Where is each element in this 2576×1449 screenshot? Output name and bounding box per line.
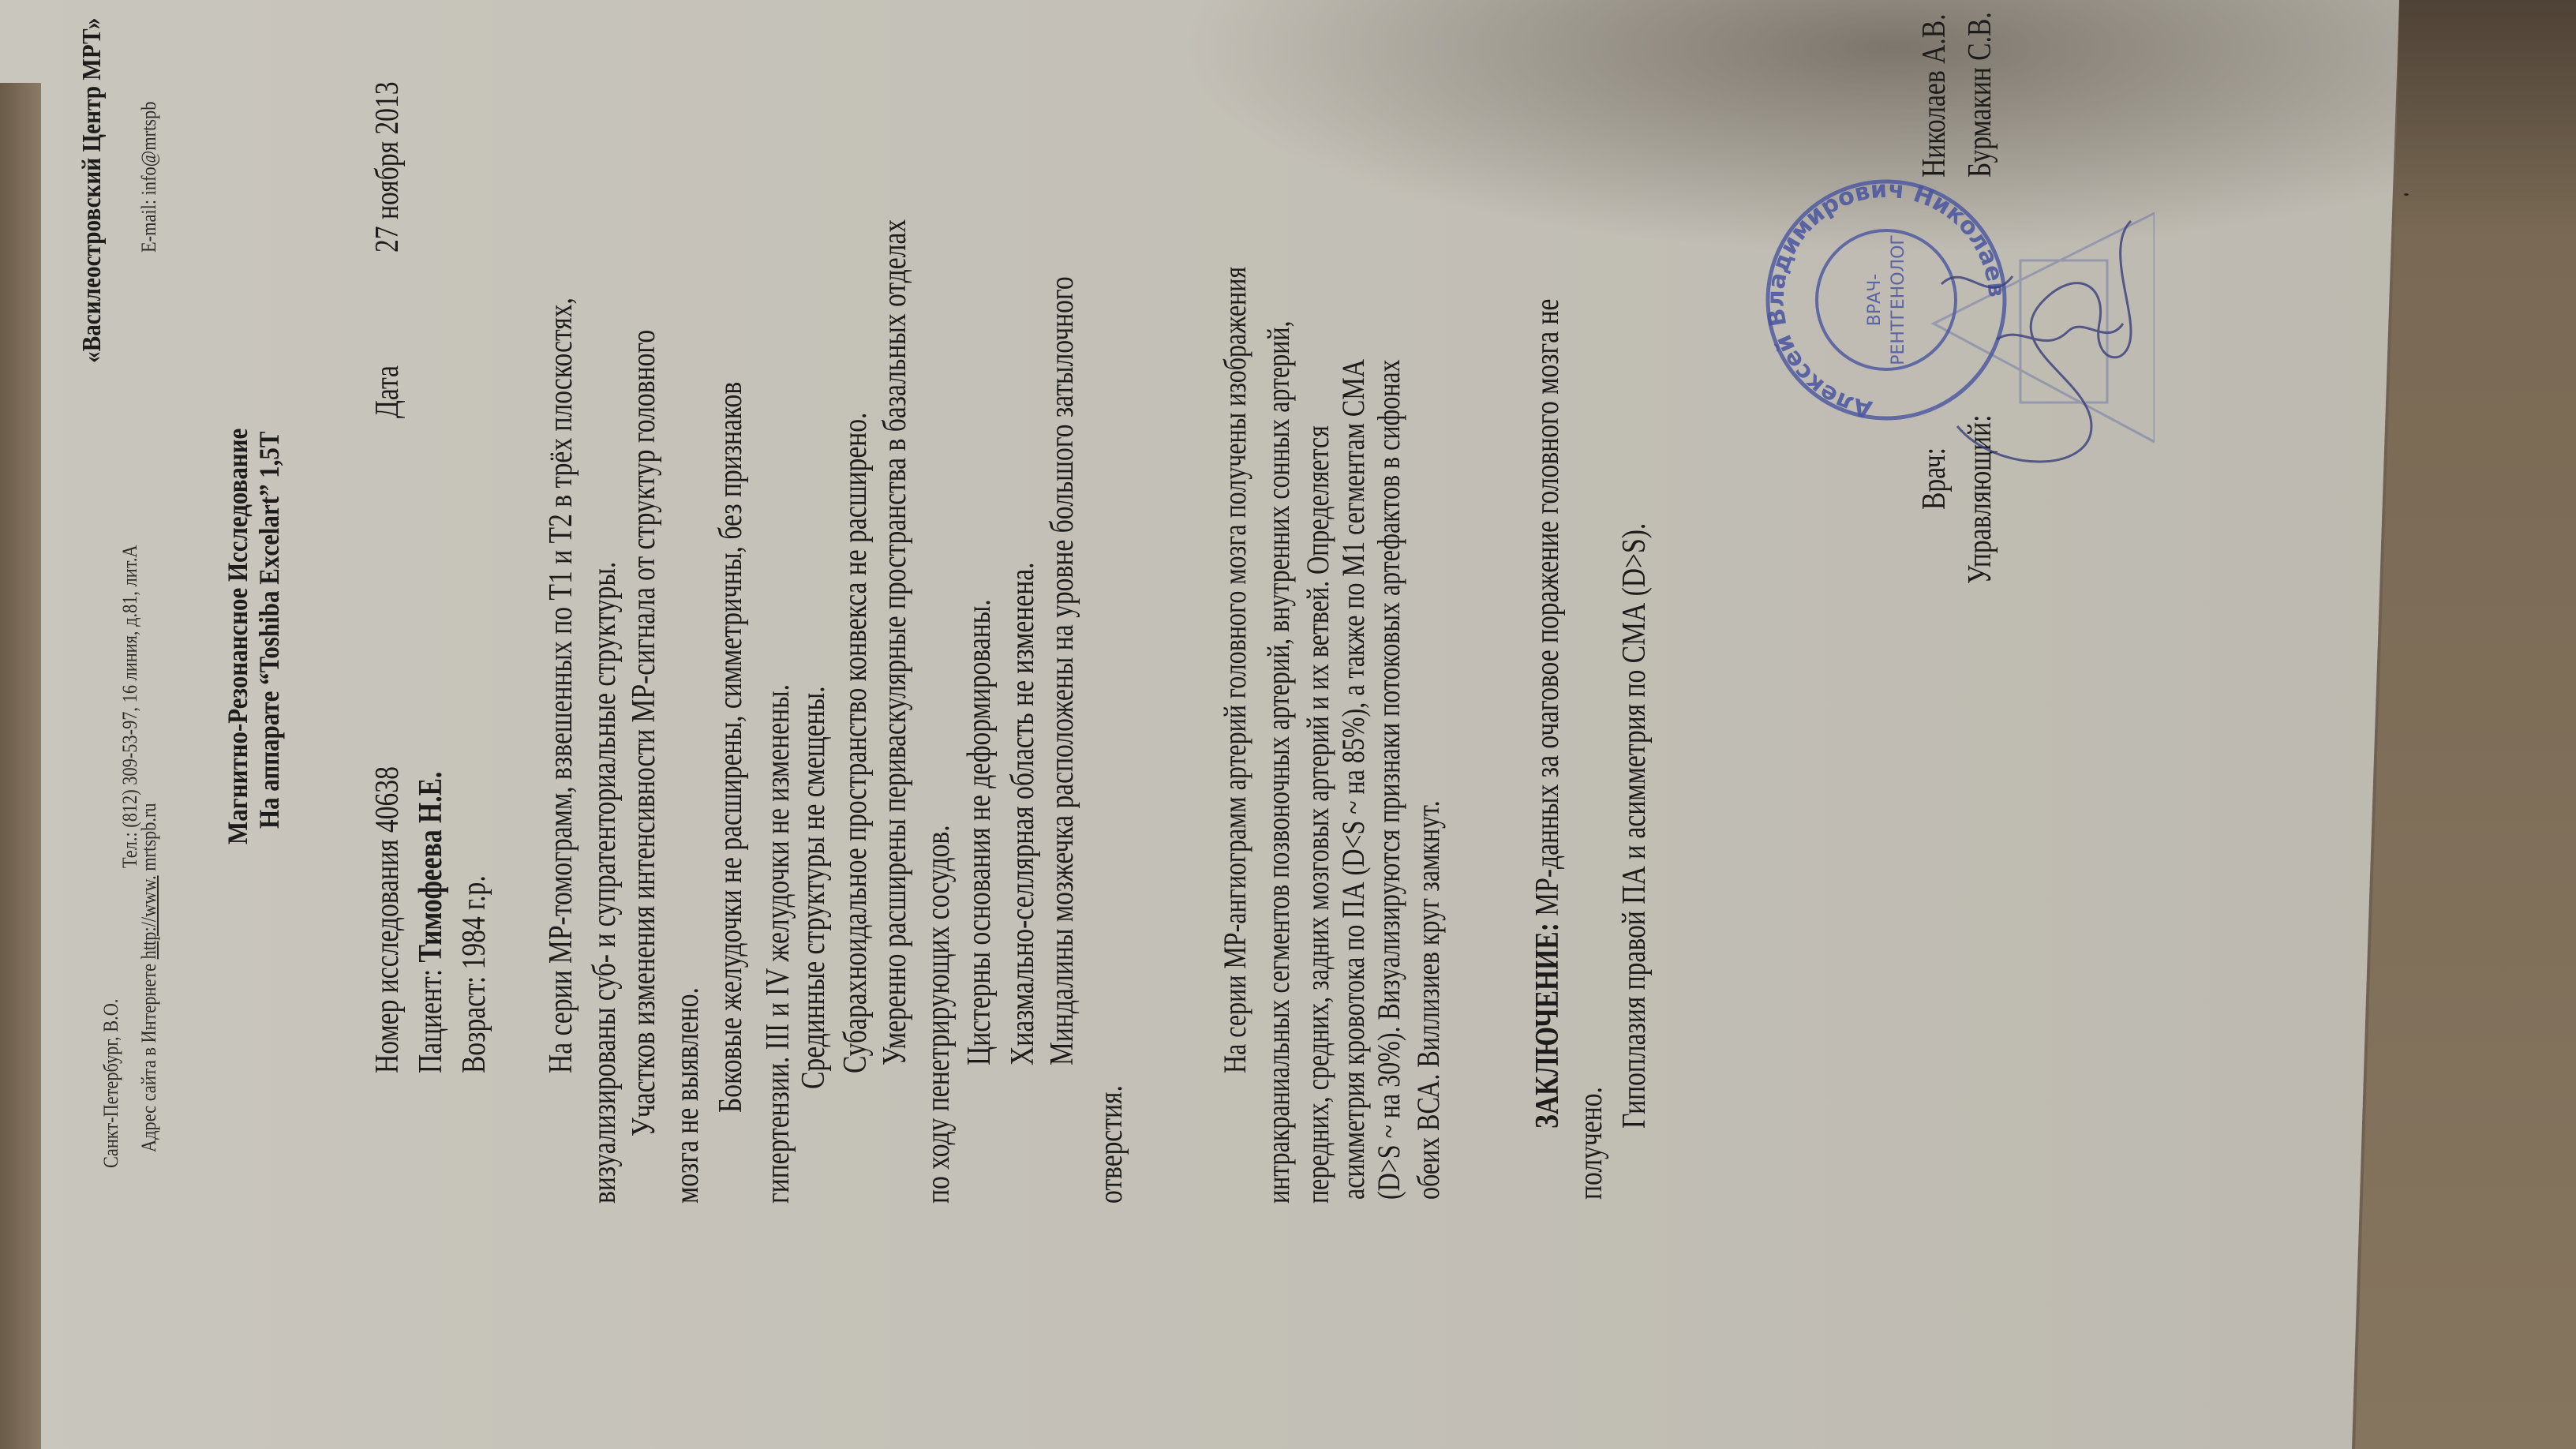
mra-line: обеих ВСА. Виллизиев круг замкнут. xyxy=(1413,800,1444,1200)
mr-line: Срединные структуры не смещены. xyxy=(797,686,830,1089)
header-site-label: Адрес сайта в Интернете xyxy=(137,964,160,1152)
header-site: Адрес сайта в Интернете http://www. mrts… xyxy=(139,803,159,1152)
header-site-domain: mrtspb.ru xyxy=(137,803,160,875)
conclusion-line-2: получено. xyxy=(1574,1087,1608,1200)
mra-line: (D>S ~ на 30%). Визуализируются признаки… xyxy=(1373,359,1405,1200)
date-value: 27 ноября 2013 xyxy=(371,81,404,253)
mr-line: Умеренно расширены периваскулярные прост… xyxy=(878,219,912,1065)
header-city: Санкт-Петербург, В.О. xyxy=(101,998,122,1168)
medical-report-document: Санкт-Петербург, В.О. «Василеостровский … xyxy=(0,0,2576,1449)
mra-line: На серии МР-ангиограмм артерий головного… xyxy=(1219,267,1251,1073)
conclusion-text: МР-данных за очаговое поражение головног… xyxy=(1529,299,1566,923)
study-number: Номер исследования 40638 xyxy=(371,766,404,1073)
stamp-inner-line2: РЕНТГЕНОЛОГ xyxy=(1889,234,1908,365)
mr-line: по ходу пенетрирующих сосудов. xyxy=(922,825,955,1204)
mr-line: Боковые желудочки не расширены, симметри… xyxy=(714,382,747,1113)
stamp-outer-text: Алексей Владимирович Николаев xyxy=(1762,176,2010,423)
date-label: Дата xyxy=(371,365,404,418)
report-device: На аппарате “Toshiba Excelart” 1,5T xyxy=(255,431,283,829)
patient-label: Пациент: xyxy=(413,963,449,1073)
report-title: Магнитно-Резонансное Исследование xyxy=(223,429,252,844)
mr-line: отверстия. xyxy=(1095,1085,1128,1204)
mr-line: Миндалины мозжечка расположены на уровне… xyxy=(1046,276,1079,1065)
mr-line: визуализированы суб- и супратенториальны… xyxy=(588,562,621,1204)
conclusion-line: ЗАКЛЮЧЕНИЕ: МР-данных за очаговое пораже… xyxy=(1531,299,1564,1129)
header-site-link[interactable]: http://www. xyxy=(137,875,160,959)
conclusion-label: ЗАКЛЮЧЕНИЕ: xyxy=(1529,923,1566,1129)
header-org-name: «Василеостровский Центр МРТ» xyxy=(79,18,106,363)
patient-name: Тимофеева Н.Е. xyxy=(413,772,449,963)
mr-line: Хиазмально-селлярная область не изменена… xyxy=(1006,562,1039,1065)
patient-age: Возраст: 1984 г.р. xyxy=(458,875,491,1073)
mr-line: Участков изменения интенсивности МР-сигн… xyxy=(627,330,661,1136)
mr-line: гипертензии. III и IV желудочки не измен… xyxy=(762,684,795,1204)
mra-line: интракраниальных сегментов позвоночных а… xyxy=(1263,321,1294,1204)
mr-line: На серии МР-томограмм, взвешенных по Т1 … xyxy=(545,298,578,1073)
mr-line: мозга не выявлено. xyxy=(671,987,704,1204)
doctor-stamp: Алексей Владимирович Николаев ВРАЧ- РЕНТ… xyxy=(1760,142,2155,474)
signature-icon xyxy=(1941,221,2131,462)
header-email[interactable]: E-mail: info@mrtspb xyxy=(139,102,159,253)
mra-line: передних, средних, задних мозговых артер… xyxy=(1302,425,1334,1204)
mra-line: асимметрия кровотока по ПА (D<S ~ на 85%… xyxy=(1338,359,1369,1200)
mr-line: Субарахноидальное пространство конвекса … xyxy=(839,413,872,1073)
conclusion-line-3: Гипоплазия правой ПА и асимметрия по СМА… xyxy=(1618,523,1651,1129)
patient-line: Пациент: Тимофеева Н.Е. xyxy=(414,772,447,1073)
mr-line: Цистерны основания не деформированы. xyxy=(963,599,996,1065)
stamp-inner-line1: ВРАЧ- xyxy=(1865,274,1885,326)
